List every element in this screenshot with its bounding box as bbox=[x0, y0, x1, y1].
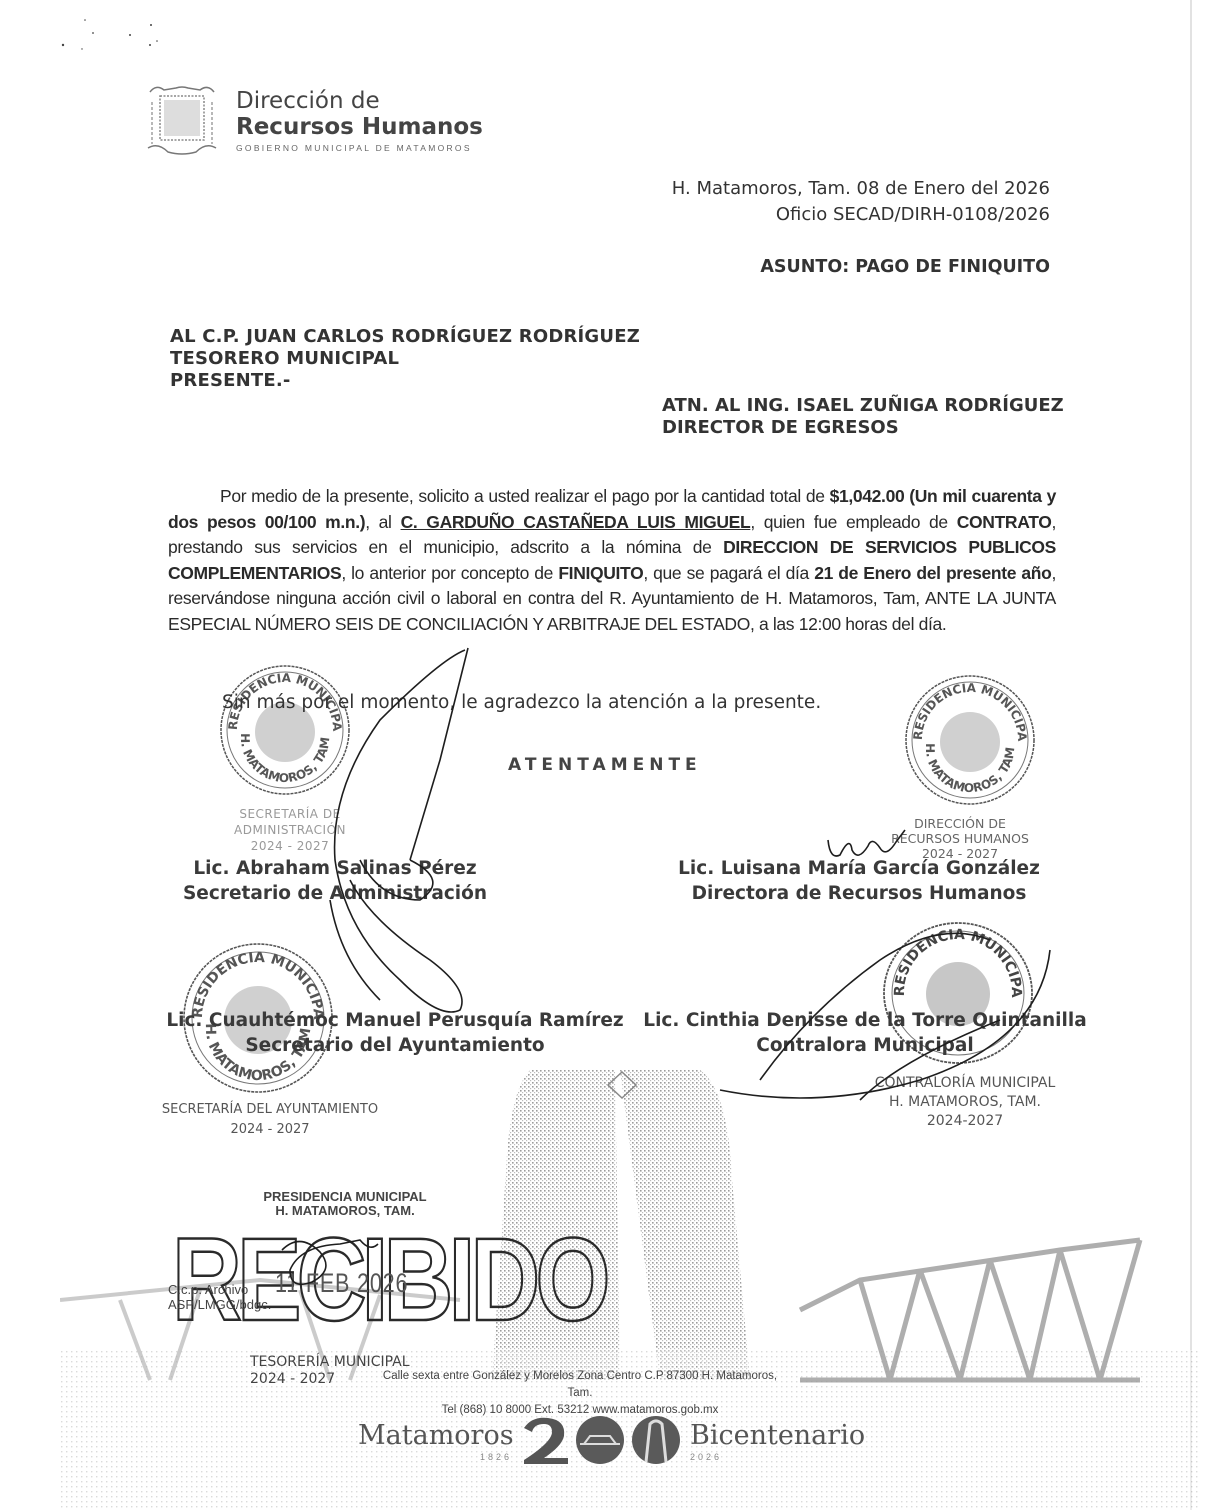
municipal-crest-icon bbox=[142, 82, 222, 160]
letterhead-title-line2: Recursos Humanos bbox=[236, 114, 483, 140]
signatory-title: Contralora Municipal bbox=[640, 1033, 1090, 1058]
atentamente-label: ATENTAMENTE bbox=[508, 755, 702, 775]
footer-address: Calle sexta entre González y Morelos Zon… bbox=[380, 1368, 780, 1402]
signatory-title: Directora de Recursos Humanos bbox=[664, 881, 1054, 906]
contract-type: CONTRATO bbox=[957, 512, 1052, 532]
letterhead-subtitle: GOBIERNO MUNICIPAL DE MATAMOROS bbox=[236, 143, 472, 153]
bicentennial-200-logo-icon bbox=[518, 1414, 686, 1466]
presidencia-seal-icon: PRESIDENCIA MUNICIPAL H. MATAMOROS, TAM. bbox=[900, 670, 1040, 810]
signatory-name: Lic. Abraham Salinas Pérez bbox=[170, 856, 500, 881]
signatory-title: Secretario del Ayuntamiento bbox=[160, 1033, 630, 1058]
ccp-block: C.c.p. ArchivoASP/LMGG/bdgc. bbox=[168, 1282, 271, 1312]
year-end: 2026 bbox=[690, 1452, 722, 1462]
bicentennial-logo-right: Bicentenario bbox=[690, 1420, 865, 1451]
scan-specks bbox=[55, 15, 165, 55]
year-start: 1826 bbox=[480, 1452, 512, 1462]
addressee-block: AL C.P. JUAN CARLOS RODRÍGUEZ RODRÍGUEZ … bbox=[170, 326, 640, 392]
signatory-name: Lic. Cinthia Denisse de la Torre Quintan… bbox=[640, 1008, 1090, 1033]
rh-stamp: DIRECCIÓN DERECURSOS HUMANOS2024 - 2027 bbox=[860, 816, 1060, 861]
signatory-block: Lic. Abraham Salinas Pérez Secretario de… bbox=[170, 856, 500, 906]
body-paragraph: Por medio de la presente, solicito a ust… bbox=[168, 484, 1056, 638]
attention-title: DIRECTOR DE EGRESOS bbox=[662, 417, 1064, 439]
payment-concept: FINIQUITO bbox=[558, 563, 643, 583]
employee-name: C. GARDUÑO CASTAÑEDA LUIS MIGUEL bbox=[401, 512, 751, 532]
secretaria-ayuntamiento-stamp: SECRETARÍA DEL AYUNTAMIENTO2024 - 2027 bbox=[150, 1100, 390, 1140]
date-line: H. Matamoros, Tam. 08 de Enero del 2026 bbox=[672, 178, 1050, 199]
payment-date: 21 de Enero del presente año bbox=[814, 563, 1051, 583]
attention-block: ATN. AL ING. ISAEL ZUÑIGA RODRÍGUEZ DIRE… bbox=[662, 395, 1064, 439]
presidencia-seal-icon: PRESIDENCIA MUNICIPAL H. MATAMOROS, TAM. bbox=[215, 660, 355, 800]
oficio-number: Oficio SECAD/DIRH-0108/2026 bbox=[776, 204, 1050, 225]
letterhead-title-line1: Dirección de bbox=[236, 88, 380, 114]
attention-name: ATN. AL ING. ISAEL ZUÑIGA RODRÍGUEZ bbox=[662, 395, 1064, 417]
signatory-block: Lic. Luisana María García González Direc… bbox=[664, 856, 1054, 906]
addressee-title: TESORERO MUNICIPAL bbox=[170, 348, 640, 370]
secad-stamp: SECRETARÍA DEADMINISTRACIÓN2024 - 2027 bbox=[210, 806, 370, 854]
subject-line: ASUNTO: PAGO DE FINIQUITO bbox=[760, 257, 1050, 277]
signatory-name: Lic. Cuauhtémoc Manuel Perusquía Ramírez bbox=[160, 1008, 630, 1033]
closing-line: Sin más por el momento, le agradezco la … bbox=[222, 692, 821, 713]
contraloria-stamp: CONTRALORÍA MUNICIPALH. MATAMOROS, TAM.2… bbox=[855, 1074, 1075, 1131]
addressee-name: AL C.P. JUAN CARLOS RODRÍGUEZ RODRÍGUEZ bbox=[170, 326, 640, 348]
signatory-block: Lic. Cinthia Denisse de la Torre Quintan… bbox=[640, 1008, 1090, 1058]
signatory-name: Lic. Luisana María García González bbox=[664, 856, 1054, 881]
footer-contact: Calle sexta entre González y Morelos Zon… bbox=[380, 1368, 780, 1419]
received-date: 11 FEB 2026 bbox=[275, 1268, 408, 1299]
addressee-presente: PRESENTE.- bbox=[170, 370, 640, 392]
bicentennial-logo-left: Matamoros bbox=[358, 1420, 514, 1451]
signatory-title: Secretario de Administración bbox=[170, 881, 500, 906]
signatory-block: Lic. Cuauhtémoc Manuel Perusquía Ramírez… bbox=[160, 1008, 630, 1058]
